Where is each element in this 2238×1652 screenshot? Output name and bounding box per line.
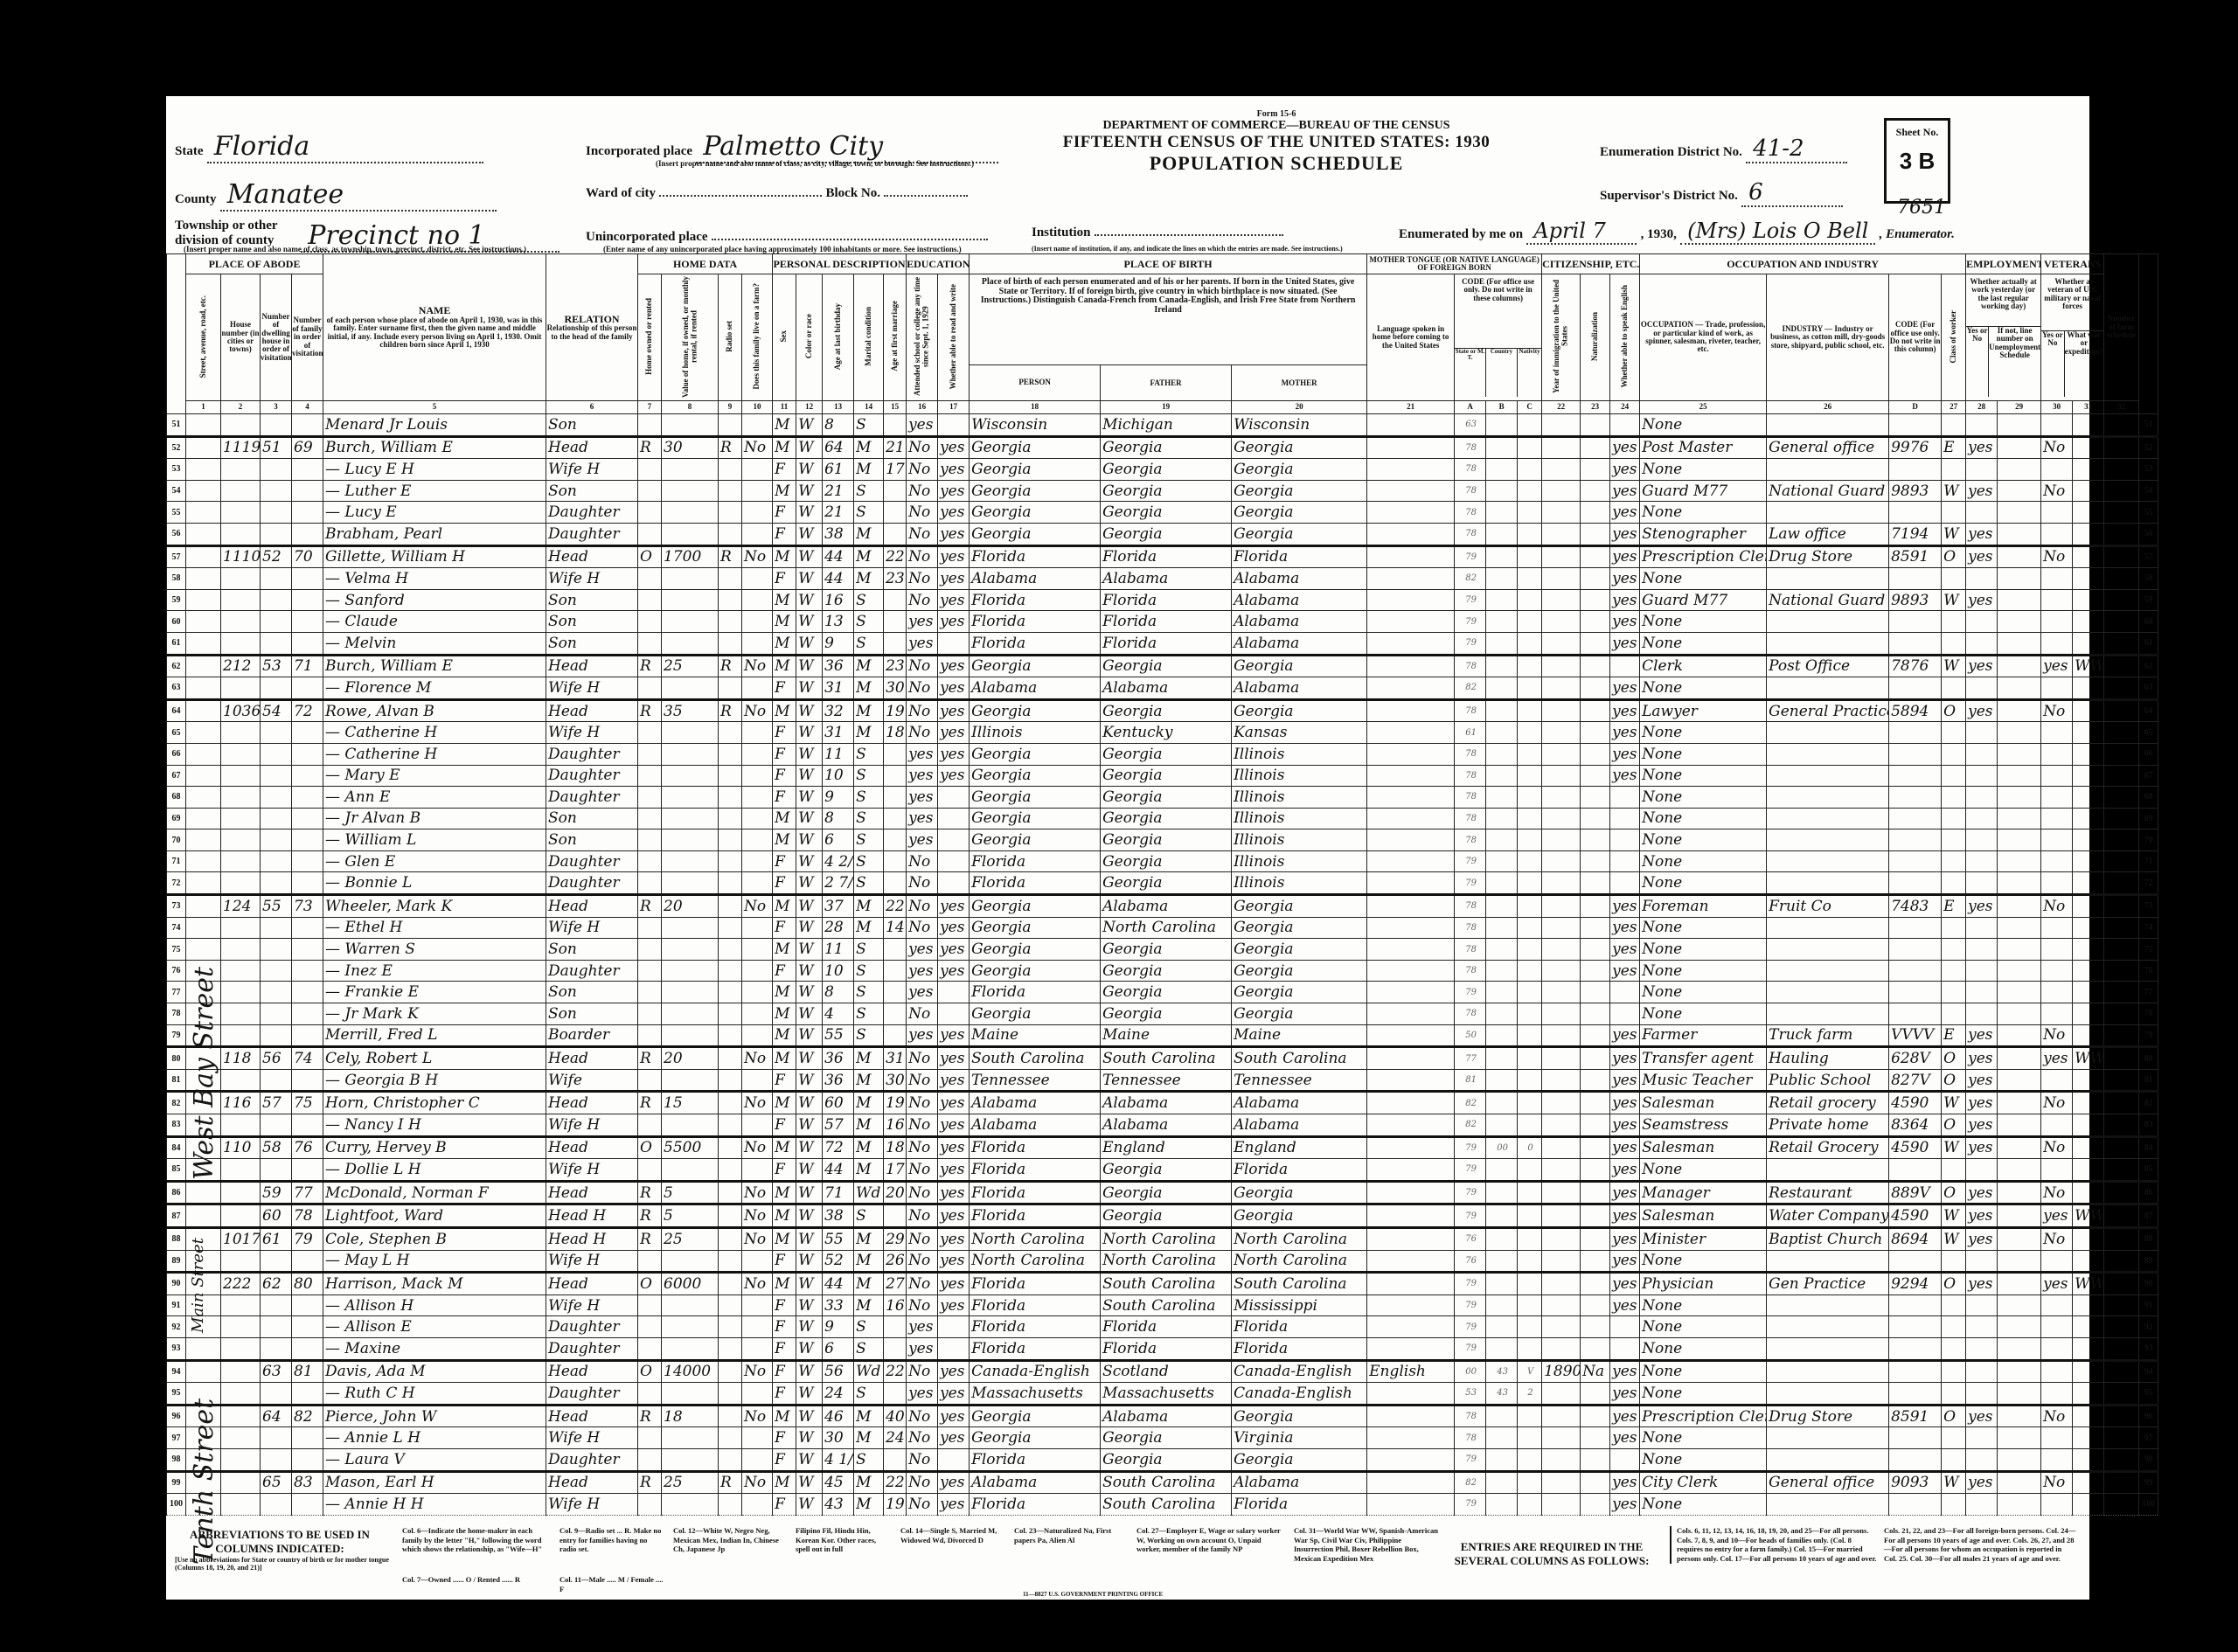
cell-code-b: [1486, 677, 1518, 700]
cell-immig: [1542, 589, 1581, 611]
cell-lang: [1367, 1092, 1455, 1114]
cell-relation: Head: [546, 436, 638, 459]
cell-radio: [719, 589, 742, 611]
cell-code-b: [1486, 568, 1518, 590]
cell-sex: M: [773, 1204, 796, 1228]
cell-pob-father: Florida: [1101, 632, 1232, 655]
cell-read: yes: [938, 1250, 970, 1273]
cell-relation: Son: [546, 1003, 638, 1025]
cell-dwelling: [261, 787, 292, 809]
cell-farm: [742, 787, 773, 809]
cell-natur: [1581, 1295, 1610, 1316]
cell-sex: F: [773, 1427, 796, 1449]
cell-work: yes: [1966, 480, 1998, 502]
cell-race: W: [796, 1181, 823, 1204]
township-note: (Insert proper name and also name of cla…: [184, 245, 586, 253]
cell-house: [221, 1204, 261, 1228]
cell-age-marr: [884, 872, 907, 895]
cell-value: 25: [662, 1227, 719, 1250]
cell-pob: Georgia: [970, 895, 1101, 918]
cell-marital: S: [854, 1316, 884, 1338]
cell-farm-sched: [2104, 917, 2139, 939]
cell-relation: Boarder: [546, 1024, 638, 1047]
cell-name: — Annie H H: [323, 1494, 546, 1516]
cell-pob-mother: Wisconsin: [1232, 414, 1367, 437]
cell-immig: [1542, 1427, 1581, 1449]
cell-dwelling: [261, 1250, 292, 1273]
cell-pob-father: South Carolina: [1101, 1295, 1232, 1316]
cell-race: W: [796, 459, 823, 481]
cell-unemp: [1998, 459, 2041, 481]
cell-farm-sched: [2104, 743, 2139, 765]
cell-relation: Wife H: [546, 459, 638, 481]
cell-radio: [719, 1360, 742, 1383]
cell-read: yes: [938, 1114, 970, 1137]
cell-family: [292, 1114, 323, 1137]
cell-age: 8: [823, 414, 854, 437]
cell-relation: Daughter: [546, 850, 638, 872]
cell-code-a: 79: [1455, 1204, 1486, 1228]
cell-age: 36: [823, 1069, 854, 1092]
cell-code-d: 827V: [1889, 1069, 1942, 1092]
cell-value: [662, 1295, 719, 1316]
cell-work: [1966, 982, 1998, 1003]
cell-vet: No: [2041, 1092, 2073, 1114]
cell-english: [1610, 655, 1640, 677]
cell-pob-mother: South Carolina: [1232, 1273, 1367, 1295]
cell-industry: [1767, 1427, 1889, 1449]
column-number: 23: [1581, 401, 1610, 414]
cell-code-a: 79: [1455, 850, 1486, 872]
line-number-right: 79: [2139, 1024, 2158, 1047]
cell-age: 4 2/12: [823, 850, 854, 872]
cell-war: [2073, 1360, 2104, 1383]
cell-code-b: [1486, 1250, 1518, 1273]
cell-pob-father: Florida: [1101, 1337, 1232, 1360]
cell-pob: Georgia: [970, 1003, 1101, 1025]
cell-dwelling: [261, 722, 292, 744]
cell-family: 78: [292, 1204, 323, 1228]
cell-value: 25: [662, 655, 719, 677]
cell-occupation: Music Teacher: [1640, 1069, 1767, 1092]
cell-read: yes: [938, 1024, 970, 1047]
line-number-right: 51: [2139, 414, 2158, 437]
cell-pob-father: Florida: [1101, 611, 1232, 633]
cell-pob: Florida: [970, 545, 1101, 568]
cell-marital: S: [854, 829, 884, 851]
cell-street: [186, 743, 221, 765]
state-value: Florida: [207, 131, 483, 163]
cell-sex: M: [773, 1047, 796, 1070]
cell-age-marr: 24: [884, 1427, 907, 1449]
street-label-main: Main Street: [189, 1237, 207, 1333]
cell-war: [2073, 699, 2104, 722]
cell-read: yes: [938, 722, 970, 744]
cell-school: yes: [907, 982, 938, 1003]
cell-sex: F: [773, 917, 796, 939]
cell-value: 18: [662, 1405, 719, 1427]
cell-lang: [1367, 1295, 1455, 1316]
cell-work: [1966, 568, 1998, 590]
cell-age: 64: [823, 436, 854, 459]
cell-name: — Georgia B H: [323, 1069, 546, 1092]
cell-farm-sched: [2104, 1114, 2139, 1137]
cell-farm-sched: [2104, 523, 2139, 545]
cell-vet: [2041, 611, 2073, 633]
cell-street: [186, 677, 221, 700]
cell-farm-sched: [2104, 850, 2139, 872]
cell-code-b: 43: [1486, 1360, 1518, 1383]
cell-code-c: [1518, 459, 1542, 481]
cell-school: yes: [907, 960, 938, 982]
cell-code-c: [1518, 872, 1542, 895]
cell-read: yes: [938, 502, 970, 524]
cell-code-d: [1889, 414, 1942, 437]
cell-age: 24: [823, 1383, 854, 1406]
cell-industry: Drug Store: [1767, 545, 1889, 568]
cell-code-a: 79: [1455, 982, 1486, 1003]
cell-industry: [1767, 743, 1889, 765]
block-label: Block No.: [826, 186, 881, 200]
cell-dwelling: [261, 1427, 292, 1449]
cell-code-a: 78: [1455, 480, 1486, 502]
cell-school: No: [907, 1136, 938, 1159]
line-number: 54: [167, 480, 186, 502]
cell-class: [1942, 677, 1966, 700]
cell-occupation: Post Master: [1640, 436, 1767, 459]
pob-note: Place of birth of each person enumerated…: [970, 274, 1366, 364]
cell-pob-father: Georgia: [1101, 872, 1232, 895]
cell-industry: General office: [1767, 1471, 1889, 1494]
cell-radio: [719, 1092, 742, 1114]
cell-pob: North Carolina: [970, 1250, 1101, 1273]
cell-vet: [2041, 1159, 2073, 1182]
line-number: 95: [167, 1383, 186, 1406]
cell-farm-sched: [2104, 1181, 2139, 1204]
cell-name: — Florence M: [323, 677, 546, 700]
column-number: 20: [1232, 401, 1367, 414]
cell-lang: [1367, 1405, 1455, 1427]
cell-relation: Son: [546, 829, 638, 851]
cell-radio: [719, 939, 742, 961]
cell-relation: Head: [546, 1181, 638, 1204]
veterans-note: Whether a veteran of U.S. military or na…: [2041, 278, 2103, 330]
cell-code-b: [1486, 1494, 1518, 1516]
cell-pob-father: South Carolina: [1101, 1273, 1232, 1295]
cell-class: O: [1942, 545, 1966, 568]
cell-pob-father: North Carolina: [1101, 1227, 1232, 1250]
cell-occupation: None: [1640, 1250, 1767, 1273]
cell-vet: [2041, 459, 2073, 481]
cell-owned: R: [638, 1092, 662, 1114]
cell-name: — Maxine: [323, 1337, 546, 1360]
cell-house: [221, 677, 261, 700]
cell-read: [938, 1003, 970, 1025]
cell-code-c: V: [1518, 1360, 1542, 1383]
cell-unemp: [1998, 1069, 2041, 1092]
cell-farm-sched: [2104, 1047, 2139, 1070]
cell-war: WW: [2073, 1273, 2104, 1295]
cell-pob-father: Georgia: [1101, 1427, 1232, 1449]
cell-farm: [742, 1337, 773, 1360]
cell-age-marr: [884, 850, 907, 872]
cell-age-marr: [884, 1316, 907, 1338]
cell-marital: S: [854, 765, 884, 787]
cell-work: yes: [1966, 1181, 1998, 1204]
cell-class: W: [1942, 589, 1966, 611]
cell-race: W: [796, 1405, 823, 1427]
cell-work: [1966, 765, 1998, 787]
cell-radio: R: [719, 545, 742, 568]
cell-war: WW: [2073, 655, 2104, 677]
cell-industry: Retail grocery: [1767, 1092, 1889, 1114]
cell-read: yes: [938, 917, 970, 939]
cell-read: yes: [938, 1360, 970, 1383]
column-number: 2: [221, 401, 261, 414]
line-number-right: 52: [2139, 436, 2158, 459]
cell-read: yes: [938, 960, 970, 982]
cell-sex: M: [773, 1405, 796, 1427]
cell-lang: [1367, 1337, 1455, 1360]
cell-code-d: [1889, 632, 1942, 655]
cell-occupation: Salesman: [1640, 1092, 1767, 1114]
cell-value: [662, 1069, 719, 1092]
cell-value: 35: [662, 699, 719, 722]
line-number-right: 68: [2139, 787, 2158, 809]
cell-school: No: [907, 436, 938, 459]
cell-industry: [1767, 1159, 1889, 1182]
line-number: 90: [167, 1273, 186, 1295]
cell-pob: Florida: [970, 1204, 1101, 1228]
cell-natur: [1581, 960, 1610, 982]
cell-radio: [719, 1250, 742, 1273]
cell-house: [221, 808, 261, 829]
cell-english: yes: [1610, 545, 1640, 568]
cell-english: yes: [1610, 1204, 1640, 1228]
group-personal-description: PERSONAL DESCRIPTION: [773, 254, 907, 274]
cell-name: Harrison, Mack M: [323, 1273, 546, 1295]
cell-natur: [1581, 502, 1610, 524]
cell-age-marr: 23: [884, 655, 907, 677]
cell-industry: [1767, 1316, 1889, 1338]
cell-farm: No: [742, 1136, 773, 1159]
line-number: 78: [167, 1003, 186, 1025]
cell-school: No: [907, 1114, 938, 1137]
cell-radio: [719, 787, 742, 809]
cell-immig: [1542, 414, 1581, 437]
cell-code-c: [1518, 829, 1542, 851]
cell-race: W: [796, 568, 823, 590]
header-c19: FATHER: [1100, 365, 1231, 400]
cell-relation: Son: [546, 611, 638, 633]
stamp-number: 7651: [1897, 197, 1946, 219]
unincorporated-field: Unincorporated place: [586, 227, 988, 245]
cell-lang: [1367, 459, 1455, 481]
cell-immig: [1542, 1295, 1581, 1316]
cell-dwelling: [261, 808, 292, 829]
cell-marital: M: [854, 1047, 884, 1070]
cell-class: [1942, 960, 1966, 982]
cell-age: 52: [823, 1250, 854, 1273]
table-row: 69— Jr Alvan BSonMW8SyesGeorgiaGeorgiaIl…: [167, 808, 2158, 829]
footer-abbreviations: ABBREVIATIONS TO BE USED IN COLUMNS INDI…: [166, 1521, 2081, 1600]
line-number-right: 70: [2139, 829, 2158, 851]
cell-age-marr: 16: [884, 1295, 907, 1316]
cell-school: No: [907, 589, 938, 611]
column-number: 6: [546, 401, 638, 414]
cell-pob-father: North Carolina: [1101, 1250, 1232, 1273]
cell-age-marr: 30: [884, 677, 907, 700]
cell-vet: [2041, 523, 2073, 545]
cell-pob: Florida: [970, 1295, 1101, 1316]
header-code-abc: CODE (For office use only. Do not write …: [1455, 274, 1542, 401]
cell-unemp: [1998, 829, 2041, 851]
cell-code-a: 79: [1455, 611, 1486, 633]
header-c7: Home owned or rented: [638, 274, 662, 401]
cell-code-c: [1518, 1295, 1542, 1316]
line-number-right: 76: [2139, 960, 2158, 982]
cell-marital: M: [854, 917, 884, 939]
unincorporated-label: Unincorporated place: [586, 230, 708, 244]
cell-farm-sched: [2104, 1024, 2139, 1047]
cell-value: [662, 722, 719, 744]
cell-pob-father: Tennessee: [1101, 1069, 1232, 1092]
cell-farm: [742, 459, 773, 481]
cell-farm: No: [742, 1273, 773, 1295]
cell-farm: [742, 1159, 773, 1182]
cell-occupation: Salesman: [1640, 1204, 1767, 1228]
cell-vet: No: [2041, 895, 2073, 918]
line-number: 85: [167, 1159, 186, 1182]
cell-occupation: None: [1640, 850, 1767, 872]
cell-code-a: 76: [1455, 1250, 1486, 1273]
cell-immig: [1542, 939, 1581, 961]
cell-code-d: [1889, 1337, 1942, 1360]
cell-house: [221, 1360, 261, 1383]
cell-vet: [2041, 1316, 2073, 1338]
column-number: 18: [970, 401, 1101, 414]
cell-farm: No: [742, 1471, 773, 1494]
cell-radio: [719, 414, 742, 437]
cell-dwelling: 58: [261, 1136, 292, 1159]
cell-class: O: [1942, 1273, 1966, 1295]
cell-war: [2073, 850, 2104, 872]
cell-code-b: [1486, 1204, 1518, 1228]
cell-class: [1942, 1494, 1966, 1516]
cell-war: [2073, 1295, 2104, 1316]
cell-age: 60: [823, 1092, 854, 1114]
cell-pob: Maine: [970, 1024, 1101, 1047]
cell-radio: [719, 722, 742, 744]
cell-house: [221, 1114, 261, 1137]
cell-marital: Wd: [854, 1181, 884, 1204]
cell-immig: [1542, 1405, 1581, 1427]
cell-class: O: [1942, 1114, 1966, 1137]
cell-unemp: [1998, 414, 2041, 437]
cell-farm-sched: [2104, 1494, 2139, 1516]
cell-english: yes: [1610, 895, 1640, 918]
abbr-col9: Col. 9—Radio set ... R. Make no entry fo…: [559, 1526, 664, 1554]
cell-class: [1942, 1316, 1966, 1338]
cell-pob: Florida: [970, 872, 1101, 895]
cell-industry: Post Office: [1767, 655, 1889, 677]
cell-code-d: 9893: [1889, 589, 1942, 611]
cell-vet: [2041, 1360, 2073, 1383]
cell-relation: Son: [546, 414, 638, 437]
cell-dwelling: [261, 743, 292, 765]
cell-immig: [1542, 872, 1581, 895]
header-cD: CODE (For office use only. Do not write …: [1889, 274, 1942, 401]
cell-radio: [719, 1383, 742, 1406]
cell-house: 222: [221, 1273, 261, 1295]
cell-school: yes: [907, 1337, 938, 1360]
cell-industry: [1767, 1250, 1889, 1273]
cell-family: 76: [292, 1136, 323, 1159]
cell-value: [662, 1024, 719, 1047]
cell-marital: M: [854, 655, 884, 677]
line-number: 94: [167, 1360, 186, 1383]
cell-code-d: [1889, 1383, 1942, 1406]
cell-pob: Illinois: [970, 722, 1101, 744]
cell-house: [221, 1003, 261, 1025]
line-number-right: 60: [2139, 611, 2158, 633]
table-row: 51Menard Jr LouisSonMW8SyesWisconsinMich…: [167, 414, 2158, 437]
table-row: 801185674Cely, Robert LHeadR20NoMW36M31N…: [167, 1047, 2158, 1070]
cell-occupation: None: [1640, 1383, 1767, 1406]
cell-vet: [2041, 960, 2073, 982]
column-number: D: [1889, 401, 1942, 414]
cell-dwelling: [261, 1114, 292, 1137]
cell-race: W: [796, 414, 823, 437]
cell-class: [1942, 743, 1966, 765]
cell-farm: [742, 1494, 773, 1516]
table-row: 93— MaxineDaughterFW6SyesFloridaFloridaF…: [167, 1337, 2158, 1360]
cell-class: [1942, 1383, 1966, 1406]
cell-pob-mother: Alabama: [1232, 1471, 1367, 1494]
cell-house: [221, 414, 261, 437]
cell-class: O: [1942, 1181, 1966, 1204]
line-number-right: 56: [2139, 523, 2158, 545]
cell-street: [186, 523, 221, 545]
line-number-right: 71: [2139, 850, 2158, 872]
column-number: 30: [2041, 401, 2073, 414]
cell-value: 5: [662, 1204, 719, 1228]
cell-unemp: [1998, 568, 2041, 590]
cell-code-b: [1486, 632, 1518, 655]
cell-english: yes: [1610, 1471, 1640, 1494]
table-row: 65— Catherine HWife HFW31M18NoyesIllinoi…: [167, 722, 2158, 744]
cell-unemp: [1998, 1181, 2041, 1204]
table-row: 8810176179Cole, Stephen BHead HR25NoMW55…: [167, 1227, 2158, 1250]
cell-marital: S: [854, 611, 884, 633]
line-number-right: 91: [2139, 1295, 2158, 1316]
cell-pob-father: South Carolina: [1101, 1471, 1232, 1494]
cell-radio: [719, 1003, 742, 1025]
cell-street: [186, 1181, 221, 1204]
cell-sex: F: [773, 722, 796, 744]
cell-industry: [1767, 872, 1889, 895]
cell-owned: [638, 589, 662, 611]
cell-natur: [1581, 1494, 1610, 1516]
cell-farm: [742, 632, 773, 655]
cell-pob-father: Georgia: [1101, 765, 1232, 787]
cell-radio: [719, 1494, 742, 1516]
cell-age-marr: [884, 808, 907, 829]
header-c23: Naturalization: [1581, 274, 1610, 401]
cell-work: [1966, 1295, 1998, 1316]
cell-unemp: [1998, 677, 2041, 700]
cell-marital: S: [854, 589, 884, 611]
